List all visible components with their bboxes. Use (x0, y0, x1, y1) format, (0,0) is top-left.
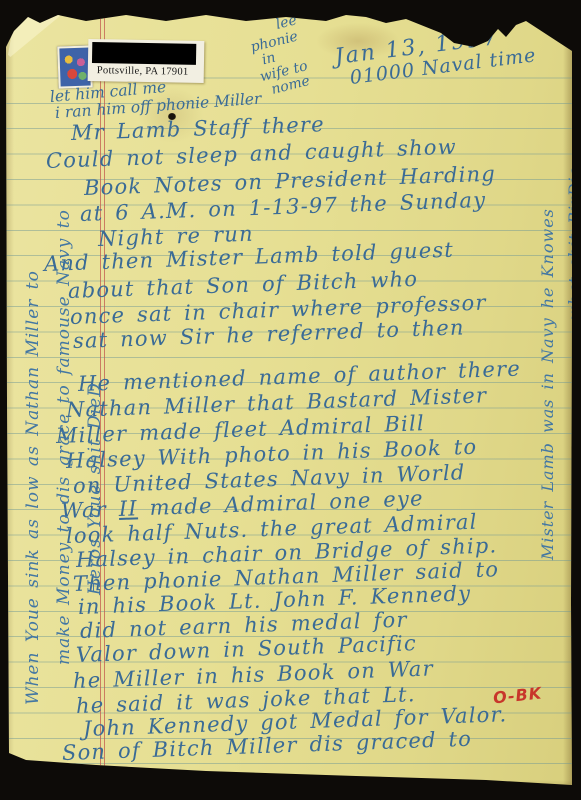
margin-line: Mister Lamb was in Navy he Knowes (534, 120, 561, 560)
address-city-line: Pottsville, PA 17901 (97, 65, 189, 78)
margin-line: Heros Youe shit DieD (80, 85, 111, 595)
letter-paper: Pottsville, PA 17901 Jan 13, 1997 01000 … (6, 3, 573, 792)
right-margin-vertical-text: Mister Lamb was in Navy he Knowes what s… (534, 120, 581, 560)
margin-line: make Money to dis grace to famouse Navy … (49, 85, 80, 665)
war-line-underlined: II (118, 496, 138, 521)
margin-line: what shit BirDie (561, 120, 581, 320)
left-margin-vertical-text: When Youe sink as low as Nathan Miller t… (18, 85, 111, 705)
red-ink-note: O-BK (492, 683, 543, 707)
top-annotation-diagonal: lee phonie in wife to nome (239, 13, 313, 102)
address-label: Pottsville, PA 17901 (88, 39, 205, 83)
margin-line: When Youe sink as low as Nathan Miller t… (18, 85, 49, 705)
redaction-bar-icon (92, 42, 196, 65)
